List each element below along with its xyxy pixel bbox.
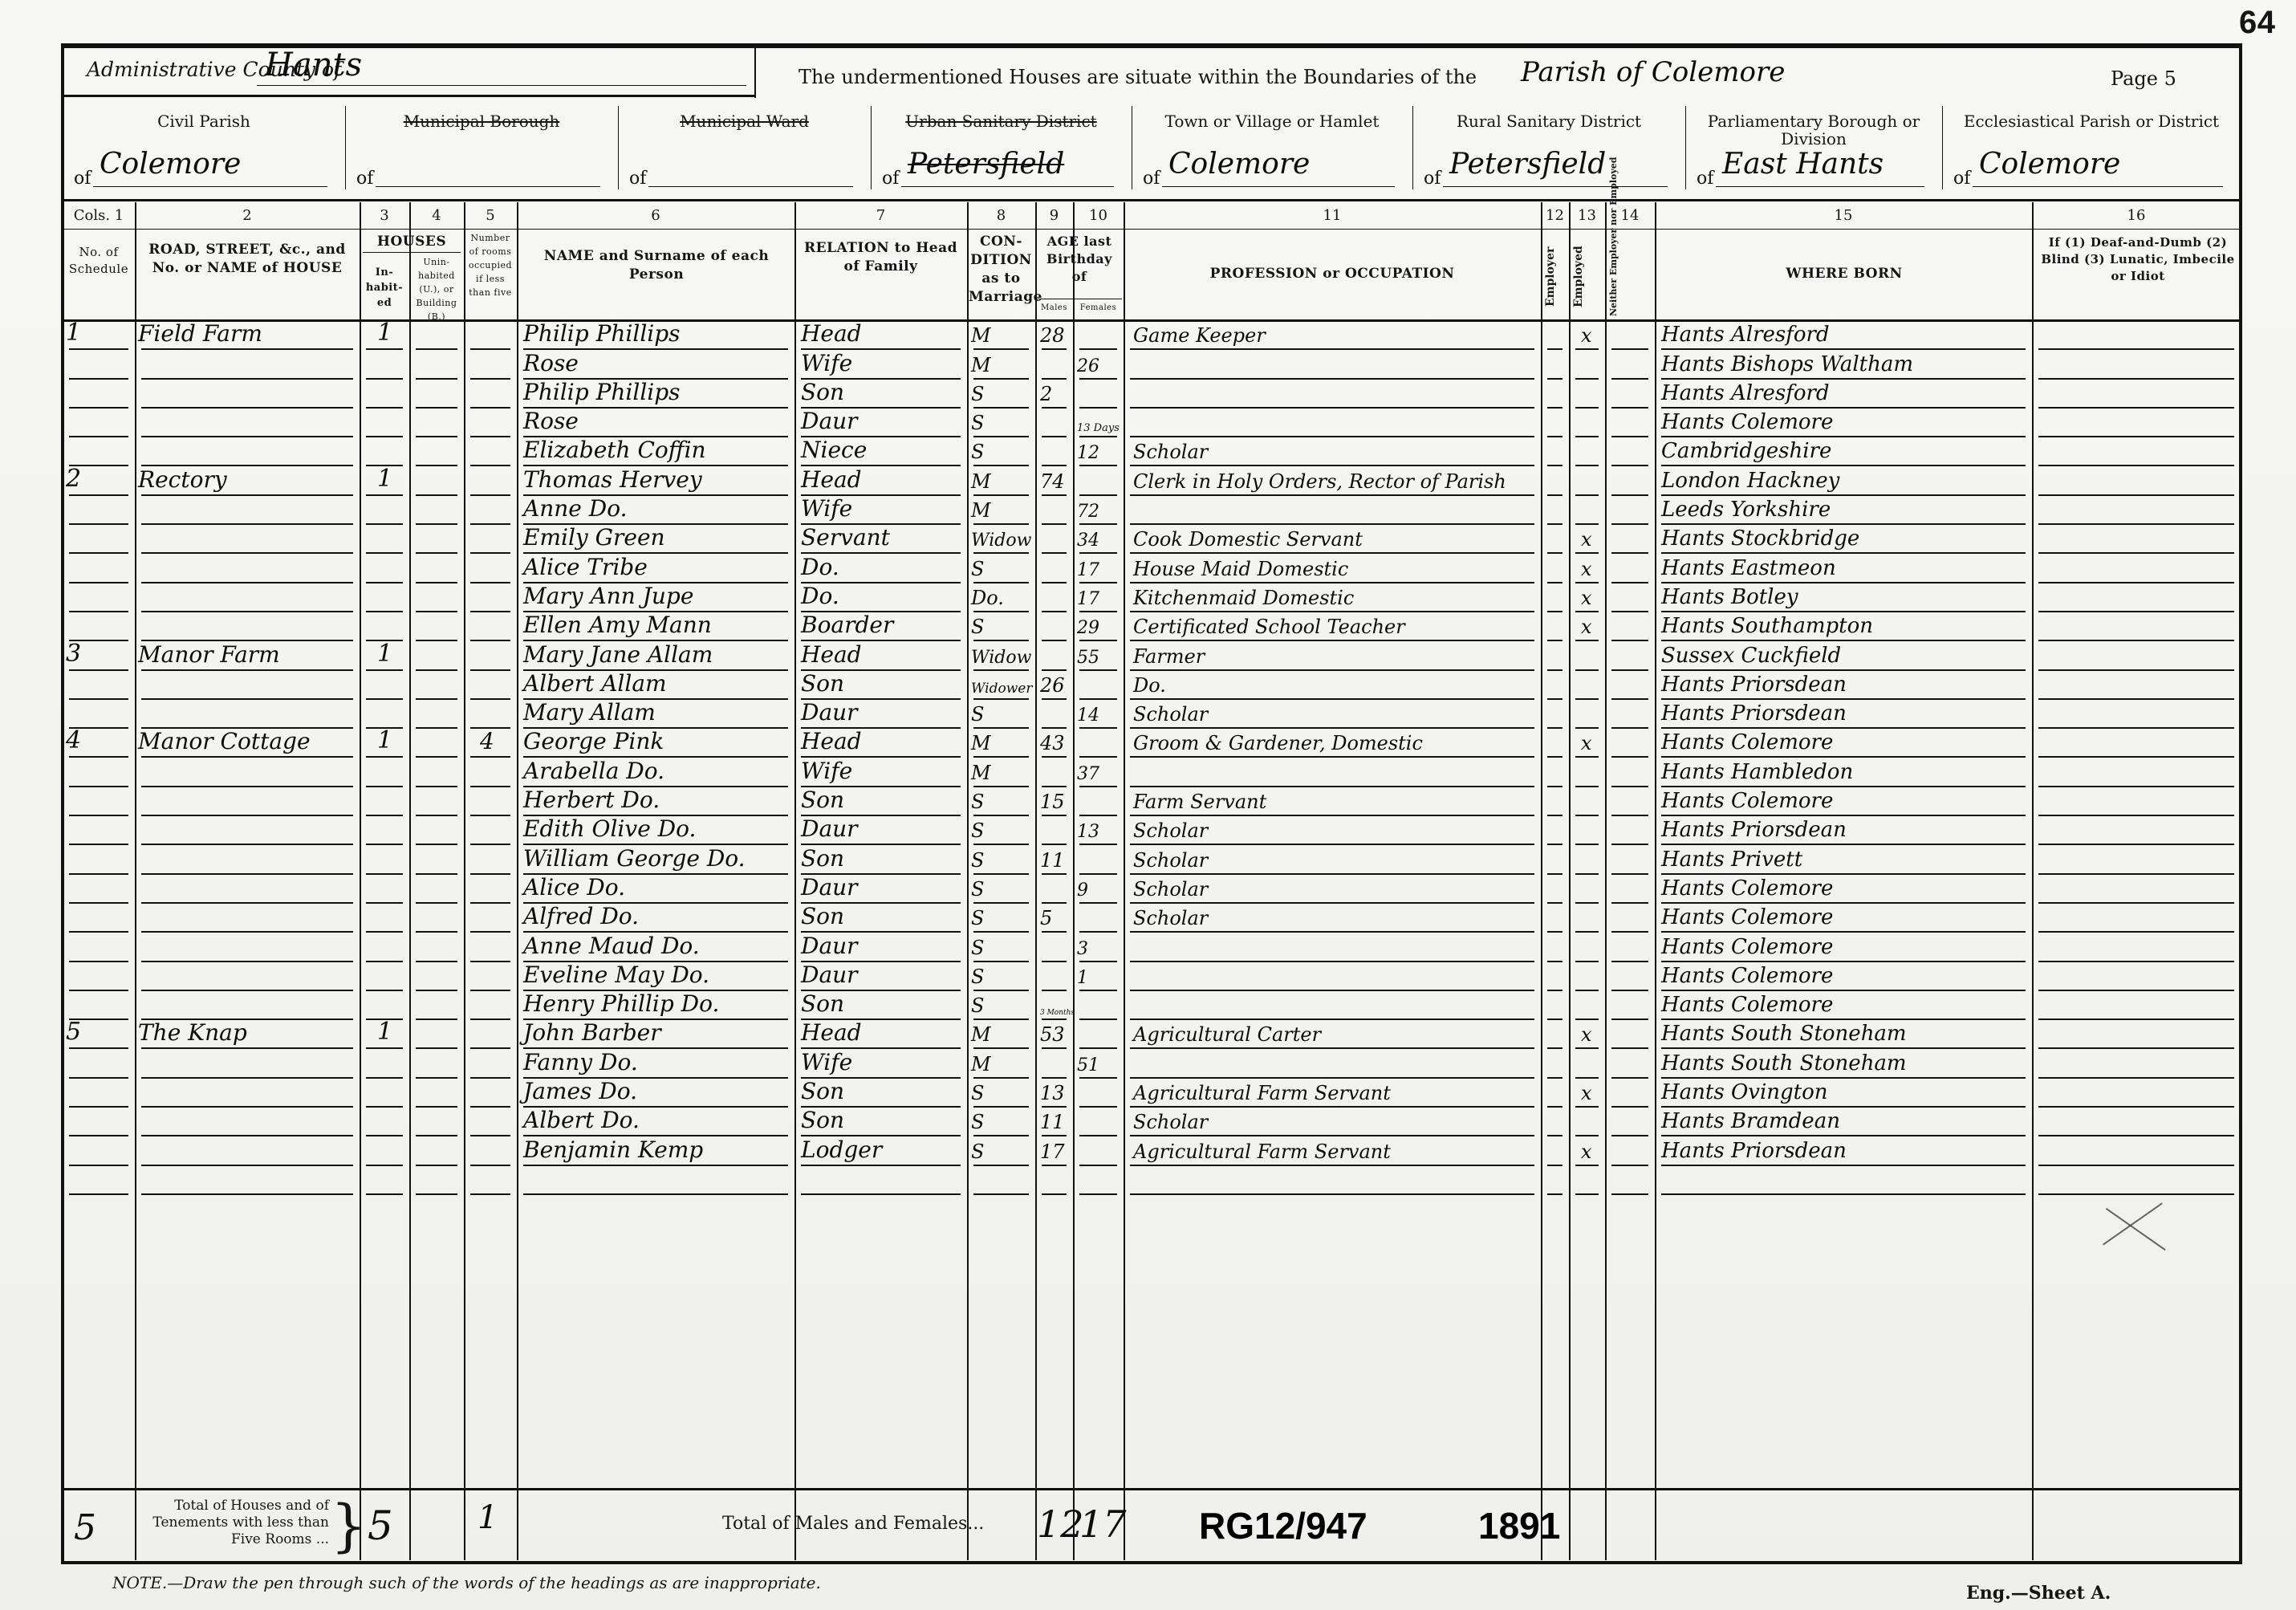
cell-male: 17 xyxy=(1040,1140,1065,1163)
cell-relation: Son xyxy=(801,903,844,929)
division-of: of xyxy=(74,169,91,189)
table-row: Emily GreenServantWidow34Cook Domestic S… xyxy=(0,525,2296,554)
cell-male: 11 xyxy=(1040,1111,1065,1133)
division-underline xyxy=(376,186,600,187)
cell-inhabited: 1 xyxy=(377,726,392,754)
cell-born: Hants Colemore xyxy=(1661,410,1833,434)
table-row: 1Field Farm1Philip PhillipsHeadM28Game K… xyxy=(0,321,2296,350)
table-row: 5The Knap1John BarberHeadM53Agricultural… xyxy=(0,1020,2296,1049)
cell-occupation: Agricultural Carter xyxy=(1133,1023,1321,1046)
row-rule xyxy=(366,1193,403,1195)
sheet-label: Eng.—Sheet A. xyxy=(1966,1583,2111,1604)
county-box-bottom xyxy=(63,95,754,97)
header-employed: Employed xyxy=(1572,238,1602,316)
cell-name: Anne Do. xyxy=(523,495,627,522)
division-label: Civil Parish xyxy=(63,112,345,130)
cell-condition: S xyxy=(971,616,984,638)
cell-relation: Wife xyxy=(801,495,852,522)
cell-relation: Lodger xyxy=(801,1136,882,1163)
table-row: Albert Do.SonS11ScholarHants Bramdean xyxy=(0,1108,2296,1136)
boundary-text: The undermentioned Houses are situate wi… xyxy=(799,66,1477,88)
division-of: of xyxy=(356,169,373,189)
header-schedule: No. of Schedule xyxy=(64,244,133,278)
header-houses: HOUSES xyxy=(360,233,464,251)
column-number: 6 xyxy=(517,207,794,224)
column-number: 5 xyxy=(464,207,517,224)
cell-born: Hants Priorsdean xyxy=(1661,701,1847,726)
cell-name: Emily Green xyxy=(523,524,665,551)
cell-male: 28 xyxy=(1040,324,1065,347)
table-row: Henry Phillip Do.SonS3 MonthsHants Colem… xyxy=(0,991,2296,1020)
cell-female: 17 xyxy=(1077,589,1099,609)
cell-male: 11 xyxy=(1040,849,1065,872)
cell-condition: Widower xyxy=(971,681,1032,697)
cell-born: Hants Alresford xyxy=(1661,381,1830,405)
row-rule xyxy=(1661,1193,2026,1195)
cell-employed: x xyxy=(1581,528,1592,551)
cell-name: Edith Olive Do. xyxy=(523,815,696,842)
row-rule xyxy=(141,1193,353,1195)
cell-condition: M xyxy=(971,499,991,522)
column-number: 9 xyxy=(1035,207,1073,224)
cell-rooms: 4 xyxy=(480,728,494,754)
cell-relation: Head xyxy=(801,641,862,668)
divisions-bottom xyxy=(63,199,2241,201)
cell-condition: M xyxy=(971,732,991,754)
cell-employed: x xyxy=(1581,732,1592,754)
header-neither: Neither Employer nor Employed xyxy=(1608,238,1652,316)
cell-condition: S xyxy=(971,383,984,405)
table-row: Edith Olive Do.DaurS13ScholarHants Prior… xyxy=(0,816,2296,845)
cell-born: Hants South Stoneham xyxy=(1661,1022,1907,1046)
row-rule xyxy=(1042,1193,1067,1195)
cell-relation: Son xyxy=(801,670,844,697)
cell-female: 12 xyxy=(1077,443,1099,463)
cell-condition: Do. xyxy=(971,587,1004,609)
column-number: 12 xyxy=(1541,207,1569,224)
table-row: Alice TribeDo.S17House Maid DomesticxHan… xyxy=(0,554,2296,583)
division-of: of xyxy=(1143,169,1160,189)
cell-condition: S xyxy=(971,819,984,842)
cell-relation: Daur xyxy=(801,699,858,726)
column-number: 16 xyxy=(2032,207,2241,224)
cell-born: Cambridgeshire xyxy=(1661,439,1831,463)
cell-born: Hants Priorsdean xyxy=(1661,818,1847,842)
row-rule xyxy=(416,1193,457,1195)
division-value: Petersfield xyxy=(1449,148,1606,181)
cell-male: 2 xyxy=(1040,383,1052,405)
cell-born: Hants Colemore xyxy=(1661,876,1833,901)
cell-female: 34 xyxy=(1077,531,1099,551)
admin-county-value: Hants xyxy=(265,47,362,83)
cell-relation: Daur xyxy=(801,874,858,901)
cell-relation: Son xyxy=(801,1078,844,1104)
division-underline xyxy=(648,186,853,187)
table-row xyxy=(0,1166,2296,1195)
division-value: Petersfield xyxy=(908,148,1064,181)
table-row: Albert AllamSonWidower26Do.Hants Priorsd… xyxy=(0,671,2296,700)
cell-name: Mary Allam xyxy=(523,699,656,726)
header-inhabited: In-habit-ed xyxy=(361,265,408,311)
cell-born: Hants Priorsdean xyxy=(1661,1139,1847,1163)
row-rule xyxy=(2038,1193,2234,1195)
header-occupation: PROFESSION or OCCUPATION xyxy=(1132,265,1533,283)
division-underline xyxy=(1973,186,2223,187)
cell-inhabited: 1 xyxy=(377,640,392,668)
table-row: Fanny Do.WifeM51Hants South Stoneham xyxy=(0,1050,2296,1079)
cell-born: Hants Southampton xyxy=(1661,614,1873,638)
division-label: Municipal Ward xyxy=(618,112,871,130)
cell-relation: Son xyxy=(801,990,844,1017)
header-born: WHERE BORN xyxy=(1661,265,2027,283)
cell-name: Mary Jane Allam xyxy=(523,641,713,668)
cell-relation: Son xyxy=(801,379,844,405)
cell-condition: M xyxy=(971,354,991,376)
table-row: RoseWifeM26Hants Bishops Waltham xyxy=(0,350,2296,379)
cell-name: Albert Do. xyxy=(523,1107,640,1133)
cell-condition: M xyxy=(971,324,991,347)
cell-occupation: Game Keeper xyxy=(1133,324,1266,347)
column-number: Cols. 1 xyxy=(63,207,135,224)
cell-name: John Barber xyxy=(523,1019,661,1046)
cell-born: Hants Hambledon xyxy=(1661,760,1853,784)
header-rooms: Number of rooms occupied if less than fi… xyxy=(465,231,515,299)
cell-employed: x xyxy=(1581,1140,1592,1163)
cell-employed: x xyxy=(1581,558,1592,580)
division-underline xyxy=(901,186,1114,187)
cell-relation: Daur xyxy=(801,815,858,842)
total-rooms: 1 xyxy=(477,1499,498,1536)
cell-condition: S xyxy=(971,849,984,872)
record-reference: RG12/947 xyxy=(1199,1504,1367,1547)
cell-relation: Head xyxy=(801,1019,862,1046)
division-of: of xyxy=(629,169,646,189)
cell-condition: S xyxy=(971,907,984,929)
table-row: Alfred Do.SonS5ScholarHants Colemore xyxy=(0,904,2296,933)
cell-condition: M xyxy=(971,1023,991,1046)
row-rule xyxy=(973,1193,1029,1195)
column-number: 4 xyxy=(409,207,464,224)
table-row: William George Do.SonS11ScholarHants Pri… xyxy=(0,845,2296,874)
table-row: Philip PhillipsSonS2Hants Alresford xyxy=(0,380,2296,409)
cell-name: Alfred Do. xyxy=(523,903,639,929)
cell-name: Fanny Do. xyxy=(523,1049,638,1075)
division-underline xyxy=(1443,186,1668,187)
cell-born: Hants Priorsdean xyxy=(1661,673,1847,697)
row-rule xyxy=(1611,1193,1648,1195)
division-of: of xyxy=(1953,169,1970,189)
table-row: James Do.SonS13Agricultural Farm Servant… xyxy=(0,1079,2296,1108)
cell-schedule: 4 xyxy=(66,726,81,754)
cell-occupation: Kitchenmaid Domestic xyxy=(1133,587,1354,609)
cell-condition: S xyxy=(971,878,984,901)
division-value: Colemore xyxy=(1168,148,1310,181)
division-label: Ecclesiastical Parish or District xyxy=(1942,112,2241,130)
cell-born: Hants Botley xyxy=(1661,585,1798,609)
cell-condition: M xyxy=(971,762,991,784)
cell-born: Hants Alresford xyxy=(1661,323,1830,347)
cell-occupation: Groom & Gardener, Domestic xyxy=(1133,732,1423,754)
cell-born: Hants Colemore xyxy=(1661,905,1833,929)
table-row: Herbert Do.SonS15Farm ServantHants Colem… xyxy=(0,787,2296,816)
census-year: 1891 xyxy=(1478,1504,1560,1547)
cell-occupation: House Maid Domestic xyxy=(1133,558,1348,580)
table-row: Anne Do.WifeM72Leeds Yorkshire xyxy=(0,496,2296,525)
division-value: Colemore xyxy=(1979,148,2120,181)
cell-inhabited: 1 xyxy=(377,319,392,347)
cell-male: 43 xyxy=(1040,732,1065,754)
cell-female: 9 xyxy=(1077,880,1088,901)
cell-born: Hants Bishops Waltham xyxy=(1661,352,1913,376)
cell-condition: Widow xyxy=(971,648,1031,668)
cell-house: Manor Farm xyxy=(138,641,280,668)
age-divider xyxy=(1037,299,1122,299)
cell-name: Eveline May Do. xyxy=(523,962,709,988)
header-road: ROAD, STREET, &c., and No. or NAME of HO… xyxy=(138,241,356,278)
cell-female: 26 xyxy=(1077,356,1099,376)
header-infirmity: If (1) Deaf-and-Dumb (2) Blind (3) Lunat… xyxy=(2038,234,2237,285)
cell-condition: M xyxy=(971,470,991,493)
cell-born: Hants Privett xyxy=(1661,848,1802,872)
persons-total-label: Total of Males and Females... xyxy=(722,1514,984,1534)
cell-condition: S xyxy=(971,994,984,1017)
table-row: 4Manor Cottage14George PinkHeadM43Groom … xyxy=(0,729,2296,758)
cell-relation: Servant xyxy=(801,524,890,551)
cell-relation: Daur xyxy=(801,408,858,434)
column-number: 10 xyxy=(1073,207,1124,224)
cell-female: 55 xyxy=(1077,648,1099,668)
column-number: 3 xyxy=(360,207,409,224)
cell-relation: Do. xyxy=(801,554,839,580)
cell-condition: S xyxy=(971,1111,984,1133)
cell-born: Hants Eastmeon xyxy=(1661,556,1836,580)
cell-relation: Wife xyxy=(801,758,852,784)
cell-relation: Do. xyxy=(801,583,839,609)
header-relation: RELATION to Head of Family xyxy=(799,239,963,276)
cell-condition: S xyxy=(971,703,984,726)
cell-occupation: Certificated School Teacher xyxy=(1133,616,1405,638)
cell-employed: x xyxy=(1581,1023,1592,1046)
table-row: Anne Maud Do.DaurS3Hants Colemore xyxy=(0,933,2296,962)
cell-name: Henry Phillip Do. xyxy=(523,990,719,1017)
table-row: Alice Do.DaurS9ScholarHants Colemore xyxy=(0,875,2296,904)
cell-condition: S xyxy=(971,791,984,813)
houses-divider xyxy=(363,252,461,253)
cell-schedule: 3 xyxy=(66,640,81,668)
cell-employed: x xyxy=(1581,324,1592,347)
cell-house: Field Farm xyxy=(138,320,262,347)
cell-house: Manor Cottage xyxy=(138,728,311,754)
cell-condition: S xyxy=(971,558,984,580)
cell-occupation: Agricultural Farm Servant xyxy=(1133,1140,1391,1163)
cell-condition: S xyxy=(971,937,984,959)
column-number: 2 xyxy=(135,207,360,224)
table-row: Arabella Do.WifeM37Hants Hambledon xyxy=(0,758,2296,787)
cell-female: 14 xyxy=(1077,705,1099,726)
cell-relation: Wife xyxy=(801,350,852,376)
cell-name: James Do. xyxy=(523,1078,637,1104)
table-row: 2Rectory1Thomas HerveyHeadM74Clerk in Ho… xyxy=(0,467,2296,496)
cell-relation: Son xyxy=(801,787,844,813)
cell-born: Leeds Yorkshire xyxy=(1661,498,1831,522)
cell-occupation: Cook Domestic Servant xyxy=(1133,528,1363,551)
table-row: 3Manor Farm1Mary Jane AllamHeadWidow55Fa… xyxy=(0,641,2296,670)
cell-relation: Wife xyxy=(801,1049,852,1075)
cell-name: Anne Maud Do. xyxy=(523,933,700,959)
row-rule xyxy=(801,1193,961,1195)
cell-occupation: Scholar xyxy=(1133,907,1208,929)
cell-name: Benjamin Kemp xyxy=(523,1136,703,1163)
cell-female: 51 xyxy=(1077,1055,1099,1075)
cell-condition: S xyxy=(971,1140,984,1163)
boundary-value: Parish of Colemore xyxy=(1521,56,1785,88)
row-rule xyxy=(523,1193,788,1195)
cell-born: Hants Ovington xyxy=(1661,1080,1828,1104)
page-stamp: 64 xyxy=(2239,5,2276,41)
total-schedules: 5 xyxy=(74,1507,96,1548)
cell-relation: Daur xyxy=(801,933,858,959)
row-rule xyxy=(1130,1193,1534,1195)
cell-condition: S xyxy=(971,966,984,988)
cell-name: Rose xyxy=(523,408,579,434)
header-females: Females xyxy=(1073,302,1124,315)
column-number: 15 xyxy=(1655,207,2032,224)
cell-name: Alice Tribe xyxy=(523,554,648,580)
division-value: East Hants xyxy=(1722,148,1884,181)
cell-occupation: Scholar xyxy=(1133,1111,1208,1133)
table-row: RoseDaurS13 DaysHants Colemore xyxy=(0,409,2296,437)
column-number: 7 xyxy=(794,207,967,224)
cell-born: Hants South Stoneham xyxy=(1661,1051,1907,1075)
cell-occupation: Scholar xyxy=(1133,849,1208,872)
cell-name: Albert Allam xyxy=(523,670,667,697)
cell-female: 1 xyxy=(1077,968,1088,988)
total-females: 17 xyxy=(1079,1502,1127,1546)
title-divider xyxy=(754,48,756,98)
cell-male: 3 Months xyxy=(1040,1009,1075,1017)
cell-female: 3 xyxy=(1077,939,1088,959)
totals-top xyxy=(63,1488,2241,1490)
table-row: Elizabeth CoffinNieceS12ScholarCambridge… xyxy=(0,437,2296,466)
cell-relation: Head xyxy=(801,728,862,754)
cell-occupation: Scholar xyxy=(1133,878,1208,901)
cell-born: Sussex Cuckfield xyxy=(1661,644,1841,668)
cell-male: 15 xyxy=(1040,791,1065,813)
row-rule xyxy=(1547,1193,1562,1195)
table-row: Ellen Amy MannBoarderS29Certificated Sch… xyxy=(0,612,2296,641)
division-label: Parliamentary Borough or Division xyxy=(1685,112,1942,148)
cell-relation: Head xyxy=(801,320,862,347)
cell-born: Hants Colemore xyxy=(1661,993,1833,1017)
cell-name: Herbert Do. xyxy=(523,787,660,813)
cell-name: George Pink xyxy=(523,728,664,754)
cell-female: 72 xyxy=(1077,502,1099,522)
cell-male: 5 xyxy=(1040,907,1052,929)
table-row: Eveline May Do.DaurS1Hants Colemore xyxy=(0,962,2296,991)
cell-employed: x xyxy=(1581,616,1592,638)
cell-born: Hants Stockbridge xyxy=(1661,527,1859,551)
cell-born: Hants Colemore xyxy=(1661,789,1833,813)
cell-employed: x xyxy=(1581,1082,1592,1104)
division-label: Town or Village or Hamlet xyxy=(1132,112,1412,130)
cell-born: London Hackney xyxy=(1661,469,1839,493)
cell-born: Hants Colemore xyxy=(1661,730,1833,754)
county-underline xyxy=(257,85,746,86)
header-employer: Employer xyxy=(1544,238,1566,316)
cell-occupation: Scholar xyxy=(1133,441,1208,463)
row-rule xyxy=(470,1193,510,1195)
cell-occupation: Scholar xyxy=(1133,819,1208,842)
cell-condition: S xyxy=(971,412,984,434)
cell-name: Philip Phillips xyxy=(523,379,681,405)
cell-female: 17 xyxy=(1077,560,1099,580)
division-label: Urban Sanitary District xyxy=(871,112,1132,130)
division-underline xyxy=(1162,186,1395,187)
cell-relation: Boarder xyxy=(801,612,893,638)
row-rule xyxy=(1575,1193,1599,1195)
division-of: of xyxy=(882,169,899,189)
cell-relation: Daur xyxy=(801,962,858,988)
table-row: Benjamin KempLodgerS17Agricultural Farm … xyxy=(0,1136,2296,1165)
cell-occupation: Farmer xyxy=(1133,645,1205,668)
cell-name: Ellen Amy Mann xyxy=(523,612,712,638)
cell-inhabited: 1 xyxy=(377,465,392,493)
cell-occupation: Agricultural Farm Servant xyxy=(1133,1082,1391,1104)
cell-name: Elizabeth Coffin xyxy=(523,437,706,463)
cell-female: 37 xyxy=(1077,764,1099,784)
cell-female: 29 xyxy=(1077,618,1099,638)
cell-born: Hants Bramdean xyxy=(1661,1109,1840,1133)
division-label: Rural Sanitary District xyxy=(1412,112,1685,130)
cell-occupation: Clerk in Holy Orders, Rector of Parish xyxy=(1133,470,1506,493)
houses-total-label: Total of Houses and of Tenements with le… xyxy=(138,1498,329,1548)
cell-condition: Widow xyxy=(971,531,1031,551)
division-value: Colemore xyxy=(100,148,241,181)
division-underline xyxy=(93,186,327,187)
cell-name: Thomas Hervey xyxy=(523,466,702,493)
cell-occupation: Farm Servant xyxy=(1133,791,1266,813)
cell-born: Hants Colemore xyxy=(1661,935,1833,959)
colnum-bottom xyxy=(63,229,2241,230)
total-houses-inhabited: 5 xyxy=(368,1502,393,1549)
cell-male: 53 xyxy=(1040,1023,1065,1046)
cell-name: Mary Ann Jupe xyxy=(523,583,693,609)
footnote: NOTE.—Draw the pen through such of the w… xyxy=(112,1573,821,1592)
cell-female: 13 xyxy=(1077,822,1099,842)
cell-schedule: 5 xyxy=(66,1018,81,1046)
division-of: of xyxy=(1697,169,1713,189)
header-males: Males xyxy=(1035,302,1073,315)
cell-house: Rectory xyxy=(138,466,227,493)
cell-name: Arabella Do. xyxy=(523,758,664,784)
cell-schedule: 1 xyxy=(66,319,81,347)
header-age: AGE last Birthday of xyxy=(1037,233,1122,286)
total-males: 12 xyxy=(1037,1502,1084,1546)
header-name: NAME and Surname of each Person xyxy=(522,247,791,284)
cell-relation: Son xyxy=(801,1107,844,1133)
cell-occupation: Do. xyxy=(1133,674,1166,697)
header-uninhabited: Unin-habited (U.), or Building (B.) xyxy=(411,255,462,323)
page-label: Page 5 xyxy=(2111,67,2176,90)
cell-born: Hants Colemore xyxy=(1661,964,1833,988)
cell-name: Alice Do. xyxy=(523,874,625,901)
row-rule xyxy=(69,1193,128,1195)
division-label: Municipal Borough xyxy=(345,112,618,130)
header-condition: CON-DITION as to Marriage xyxy=(969,233,1034,307)
table-row: Mary AllamDaurS14ScholarHants Priorsdean xyxy=(0,700,2296,729)
division-of: of xyxy=(1424,169,1441,189)
cell-condition: M xyxy=(971,1053,991,1075)
